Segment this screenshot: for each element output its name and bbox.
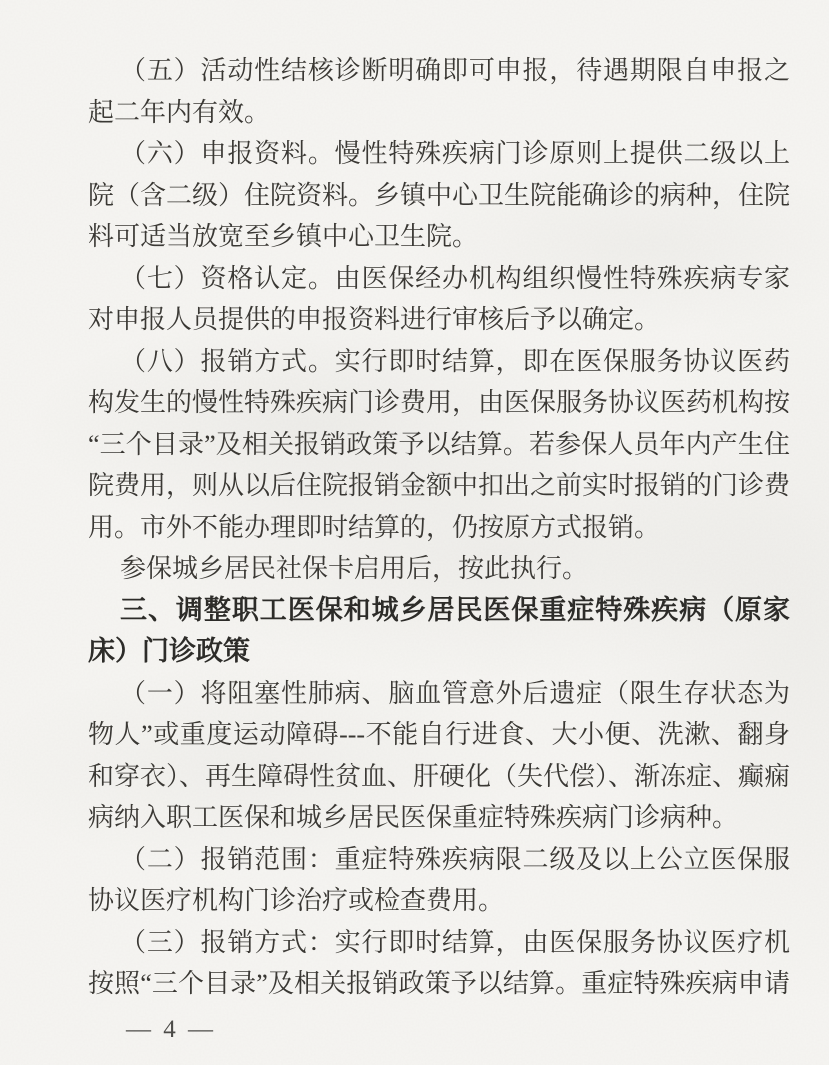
text-line: （二）报销范围：重症特殊疾病限二级及以上公立医保服务 bbox=[88, 839, 790, 881]
text-line: 用。市外不能办理即时结算的，仍按原方式报销。 bbox=[88, 507, 790, 549]
text-line: 对申报人员提供的申报资料进行审核后予以确定。 bbox=[88, 299, 790, 341]
text-line: （六）申报资料。慢性特殊疾病门诊原则上提供二级以上医 bbox=[88, 133, 790, 175]
text-line: 病纳入职工医保和城乡居民医保重症特殊疾病门诊病种。 bbox=[88, 797, 790, 839]
page-number: — 4 — bbox=[126, 1016, 216, 1044]
text-line: 协议医疗机构门诊治疗或检查费用。 bbox=[88, 880, 790, 922]
document-page: （五）活动性结核诊断明确即可申报，待遇期限自申报之日 起二年内有效。 （六）申报… bbox=[0, 0, 829, 1065]
text-line: 院费用，则从以后住院报销金额中扣出之前实时报销的门诊费 bbox=[88, 465, 790, 507]
text-line: （五）活动性结核诊断明确即可申报，待遇期限自申报之日 bbox=[88, 50, 790, 92]
document-body: （五）活动性结核诊断明确即可申报，待遇期限自申报之日 起二年内有效。 （六）申报… bbox=[88, 50, 790, 1005]
text-line: （七）资格认定。由医保经办机构组织慢性特殊疾病专家组 bbox=[88, 258, 790, 300]
text-line: 起二年内有效。 bbox=[88, 92, 790, 134]
text-line: 料可适当放宽至乡镇中心卫生院。 bbox=[88, 216, 790, 258]
section-heading-line: 三、调整职工医保和城乡居民医保重症特殊疾病（原家庭病 bbox=[88, 590, 790, 632]
text-line: 构发生的慢性特殊疾病门诊费用，由医保服务协议医药机构按照 bbox=[88, 382, 790, 424]
text-line: （三）报销方式：实行即时结算，由医保服务协议医疗机构 bbox=[88, 922, 790, 964]
text-line: 参保城乡居民社保卡启用后，按此执行。 bbox=[88, 548, 790, 590]
text-line: （一）将阻塞性肺病、脑血管意外后遗症（限生存状态为“植 bbox=[88, 673, 790, 715]
text-line: 物人”或重度运动障碍---不能自行进食、大小便、洗漱、翻身 bbox=[88, 714, 790, 756]
section-heading-line: 床）门诊政策 bbox=[88, 631, 790, 673]
text-line: 院（含二级）住院资料。乡镇中心卫生院能确诊的病种，住院资 bbox=[88, 175, 790, 217]
text-line: “三个目录”及相关报销政策予以结算。若参保人员年内产生住 bbox=[88, 424, 790, 466]
text-line: （八）报销方式。实行即时结算，即在医保服务协议医药机 bbox=[88, 341, 790, 383]
text-line: 按照“三个目录”及相关报销政策予以结算。重症特殊疾病申请 bbox=[88, 963, 790, 1005]
text-line: 和穿衣）、再生障碍性贫血、肝硬化（失代偿）、渐冻症、癫痫 bbox=[88, 756, 790, 798]
